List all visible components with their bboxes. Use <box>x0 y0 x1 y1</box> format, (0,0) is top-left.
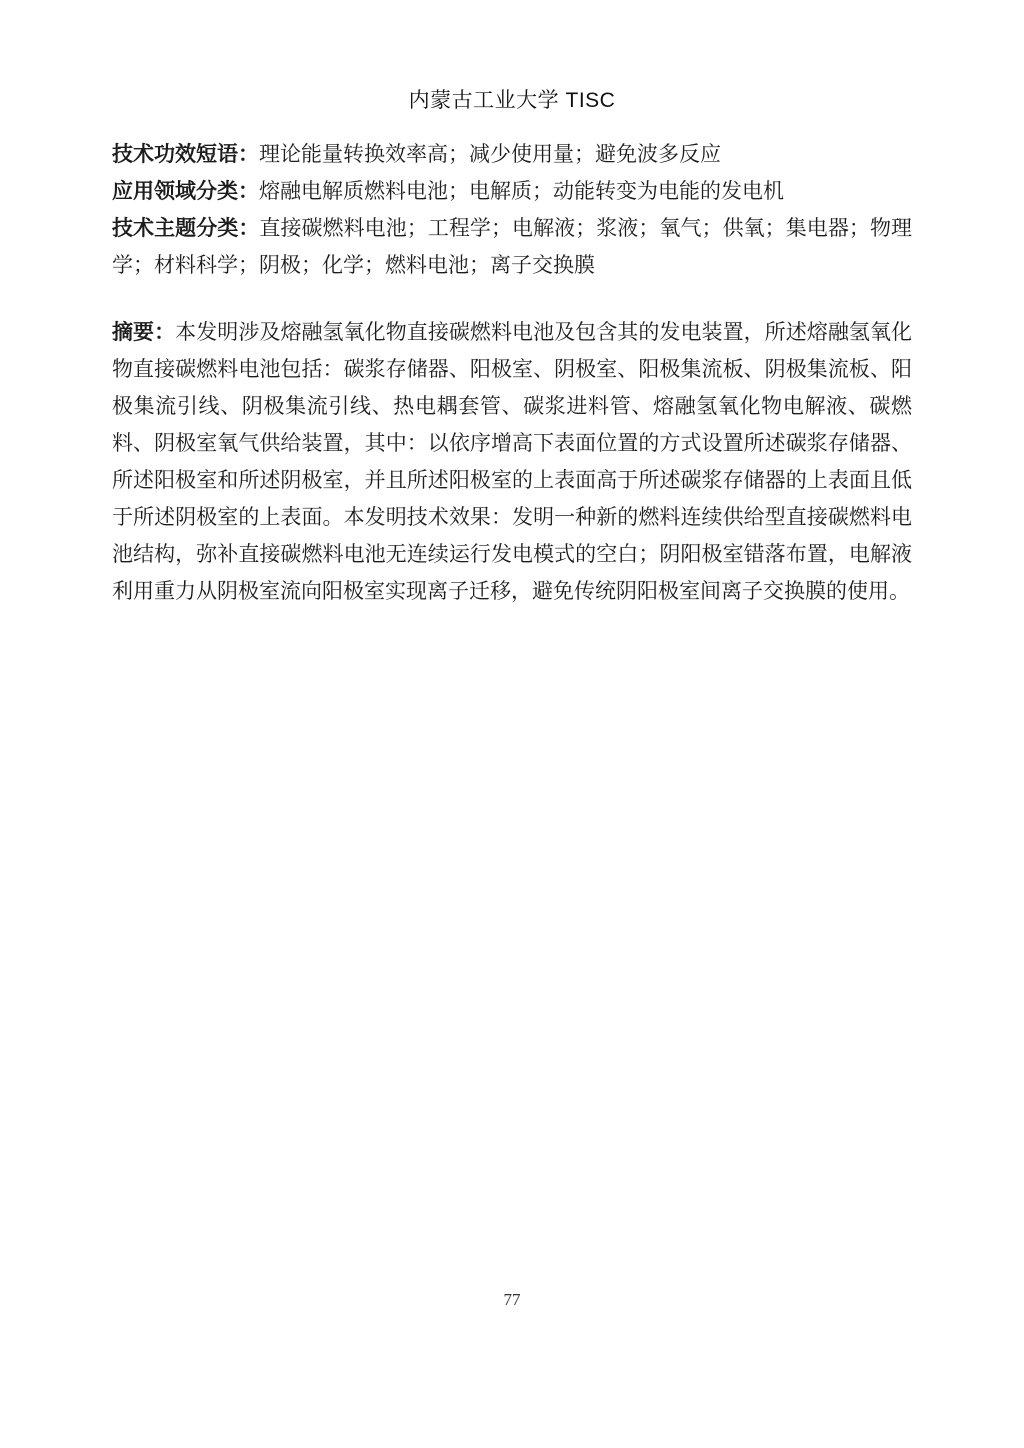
field-label: 应用领域分类： <box>112 179 259 203</box>
field-tech-effect-phrases: 技术功效短语：理论能量转换效率高；减少使用量；避免波多反应 <box>112 136 912 173</box>
field-label: 技术主题分类： <box>112 216 259 240</box>
field-value: 理论能量转换效率高；减少使用量；避免波多反应 <box>259 142 721 166</box>
abstract-label: 摘要： <box>112 320 175 344</box>
abstract-section: 摘要：本发明涉及熔融氢氧化物直接碳燃料电池及包含其的发电装置，所述熔融氢氧化物直… <box>112 314 912 610</box>
document-title: 内蒙古工业大学 TISC <box>112 86 912 116</box>
field-application-domain: 应用领域分类：熔融电解质燃料电池；电解质；动能转变为电能的发电机 <box>112 173 912 210</box>
abstract-text: 本发明涉及熔融氢氧化物直接碳燃料电池及包含其的发电装置，所述熔融氢氧化物直接碳燃… <box>112 320 912 603</box>
document-page: 内蒙古工业大学 TISC 技术功效短语：理论能量转换效率高；减少使用量；避免波多… <box>0 0 1024 1448</box>
field-label: 技术功效短语： <box>112 142 259 166</box>
page-number: 77 <box>0 1290 1024 1310</box>
abstract-paragraph: 摘要：本发明涉及熔融氢氧化物直接碳燃料电池及包含其的发电装置，所述熔融氢氧化物直… <box>112 314 912 610</box>
classification-fields: 技术功效短语：理论能量转换效率高；减少使用量；避免波多反应 应用领域分类：熔融电… <box>112 136 912 284</box>
field-tech-topic: 技术主题分类：直接碳燃料电池；工程学；电解液；浆液；氧气；供氧；集电器；物理学；… <box>112 210 912 284</box>
page-content: 内蒙古工业大学 TISC 技术功效短语：理论能量转换效率高；减少使用量；避免波多… <box>112 86 912 610</box>
field-value: 熔融电解质燃料电池；电解质；动能转变为电能的发电机 <box>259 179 784 203</box>
